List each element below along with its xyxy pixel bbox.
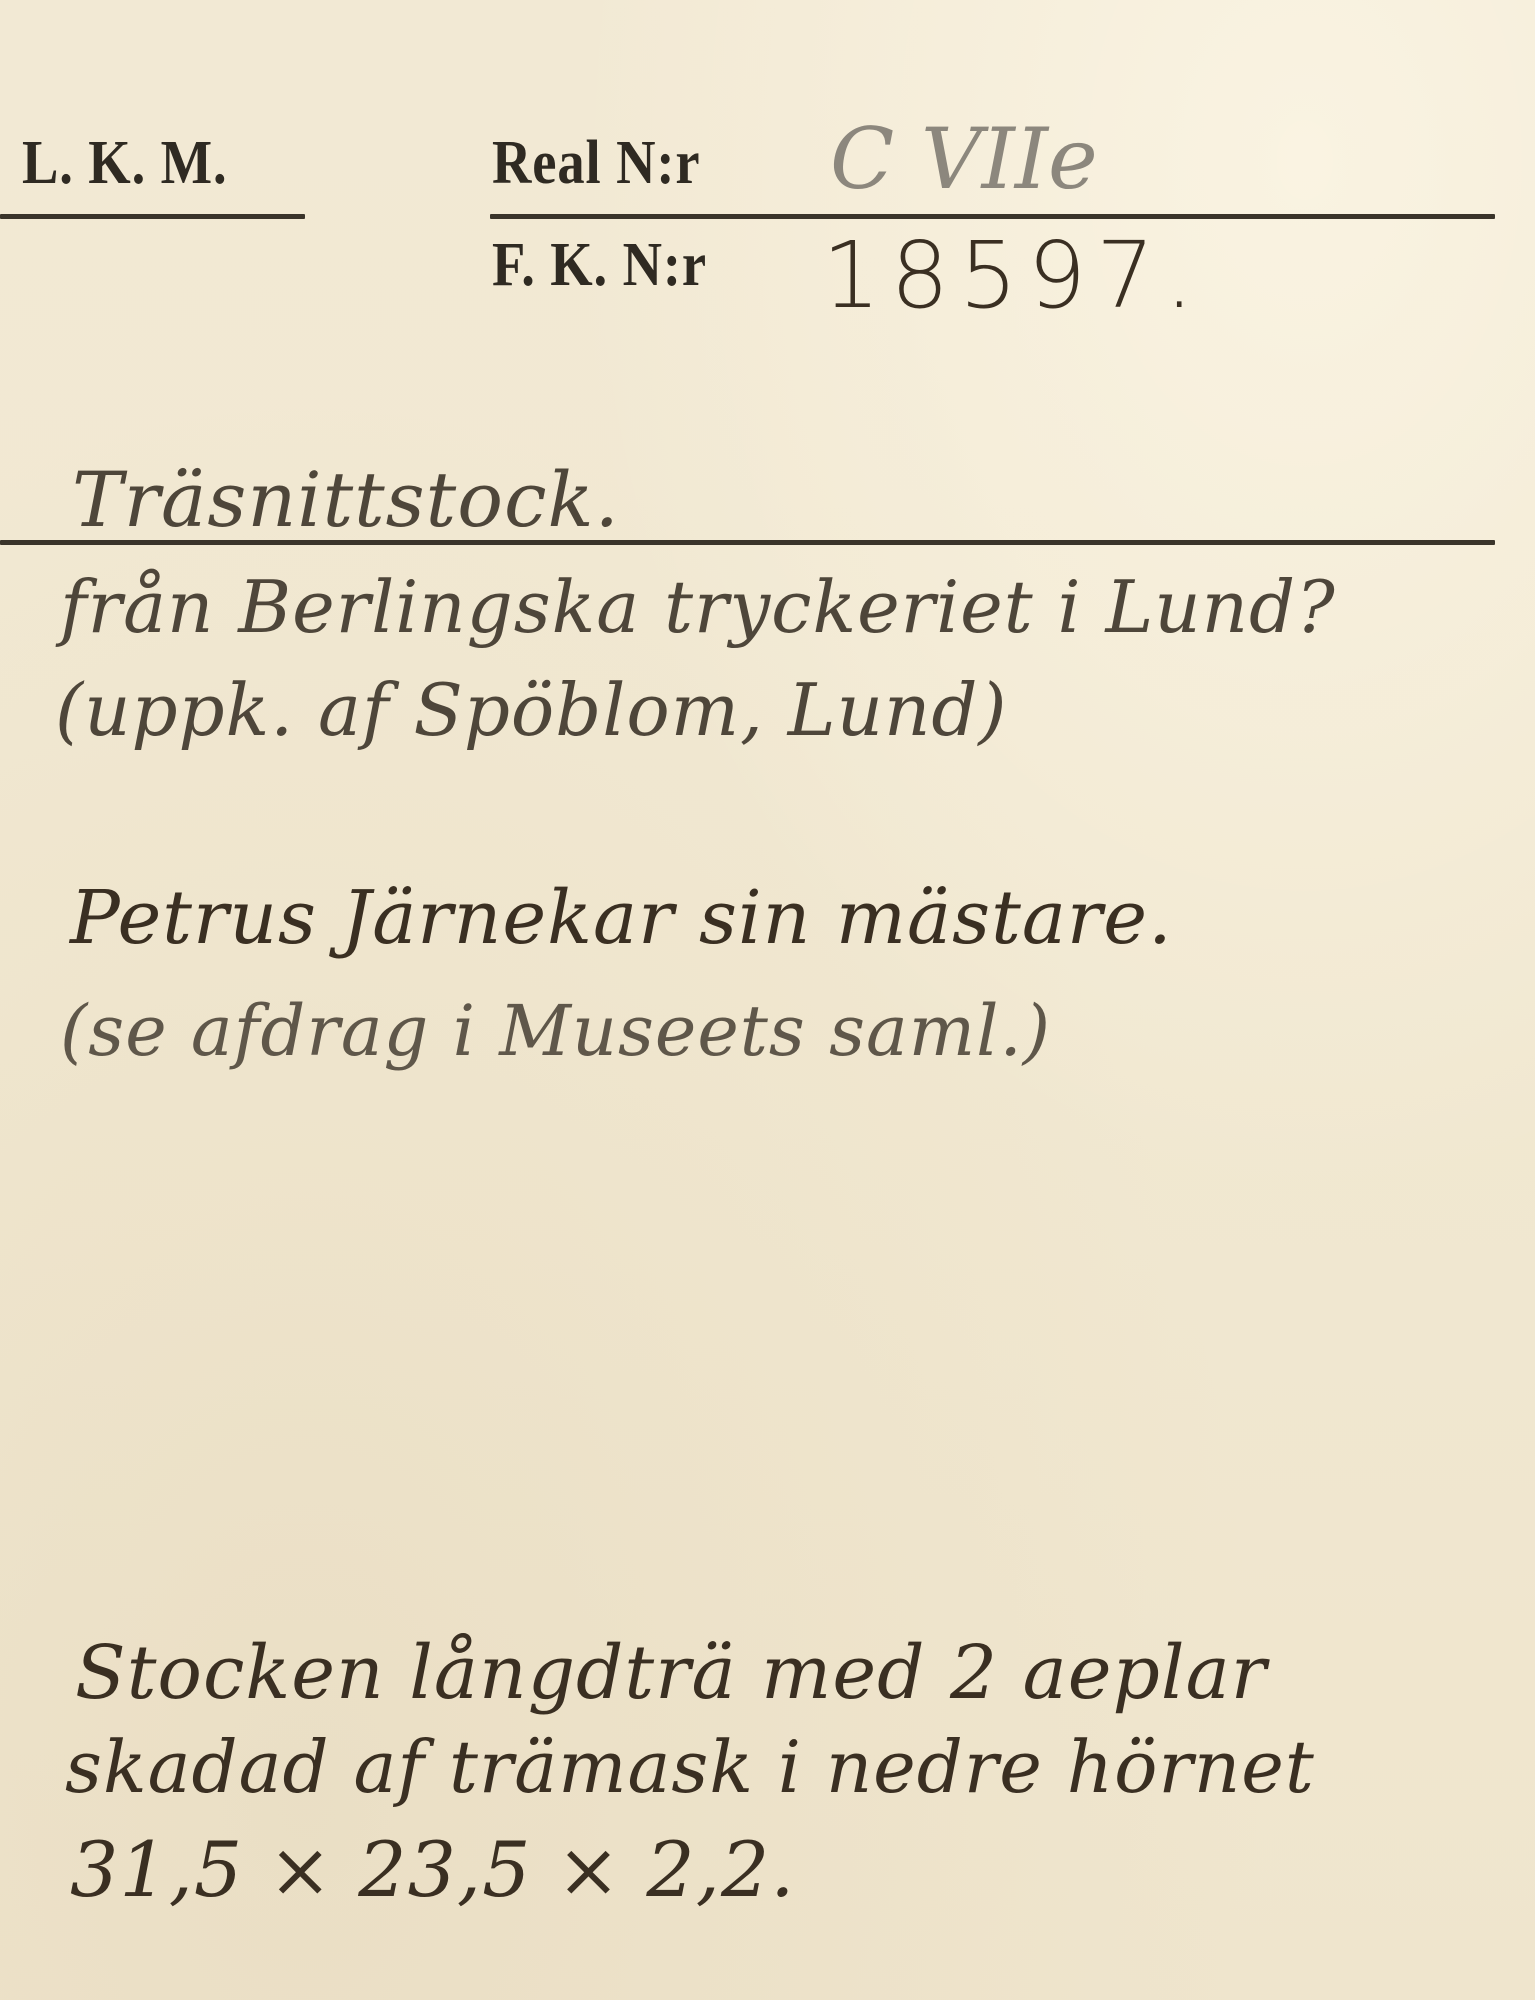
museum-label: L. K. M.	[22, 128, 228, 199]
provenance-line-2: (uppk. af Spöblom, Lund)	[55, 668, 1008, 752]
catalog-card: L. K. M. Real N:r C VIIe F. K. N:r 18597…	[0, 0, 1535, 2000]
provenance-line-1: från Berlingska tryckeriet i Lund?	[60, 565, 1336, 649]
real-nr-rule	[490, 214, 1495, 219]
object-title: Träsnittstock.	[72, 455, 620, 544]
condition-line-2: skadad af trämask i nedre hörnet	[65, 1725, 1315, 1809]
dimensions: 31,5 × 23,5 × 2,2.	[70, 1825, 795, 1914]
fk-nr-value: 18597.	[822, 222, 1204, 329]
real-nr-label: Real N:r	[492, 128, 701, 199]
condition-line-1: Stocken långdträ med 2 aeplar	[75, 1630, 1267, 1716]
real-nr-value: C VIIe	[830, 110, 1098, 208]
museum-label-rule	[0, 214, 305, 219]
description-line-2: (se afdrag i Museets saml.)	[60, 990, 1051, 1072]
description-line-1: Petrus Järnekar sin mästare.	[70, 875, 1173, 961]
title-rule	[0, 540, 1495, 545]
fk-nr-label: F. K. N:r	[492, 230, 707, 301]
